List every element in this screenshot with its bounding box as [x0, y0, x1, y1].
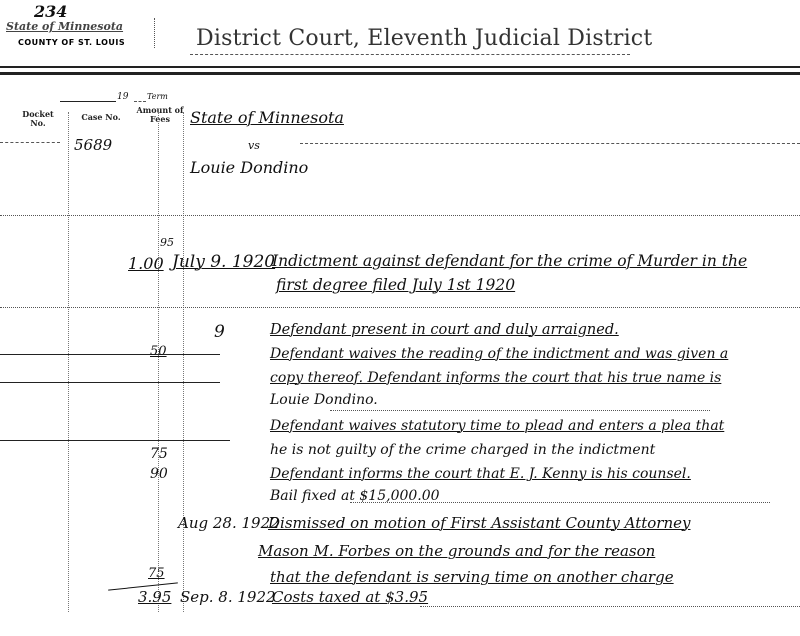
- header-rule-top: [0, 66, 800, 68]
- defendant: Louie Dondino: [190, 158, 308, 177]
- court-title: District Court, Eleventh Judicial Distri…: [196, 26, 652, 51]
- entry-5-line-1: Dismissed on motion of First Assistant C…: [268, 514, 691, 532]
- entry-3-line-1: Defendant waives statutory time to plead…: [270, 418, 724, 434]
- entry-1-line-2: first degree filed July 1st 1920: [276, 276, 515, 294]
- entry-1-date: July 9. 1920: [172, 252, 275, 272]
- rule-6: [0, 382, 220, 383]
- entry-2-line-2: Defendant waives the reading of the indi…: [270, 346, 728, 362]
- entry-5-line-3: that the defendant is serving time on an…: [270, 568, 674, 586]
- entry-1-fee-top: 95: [160, 236, 174, 249]
- entry-6-fee: 3.95: [138, 588, 171, 606]
- entry-2-line-1: Defendant present in court and duly arra…: [270, 322, 619, 338]
- rule-1: [0, 142, 60, 143]
- entry-4-line-1: Defendant informs the court that E. J. K…: [270, 466, 691, 482]
- entry-1-line-1: Indictment against defendant for the cri…: [272, 252, 747, 270]
- county-label: COUNTY OF ST. LOUIS: [18, 38, 125, 47]
- entry-6-date: Sep. 8. 1922: [180, 588, 276, 606]
- entry-5-date: Aug 28. 1922: [178, 514, 280, 532]
- rule-8: [330, 410, 710, 411]
- versus: vs: [248, 139, 260, 152]
- docket-no-label: Docket No.: [20, 110, 56, 128]
- case-number: 5689: [74, 136, 112, 154]
- entry-3-line-2: he is not guilty of the crime charged in…: [270, 442, 655, 458]
- column-divider-3: [183, 112, 184, 612]
- case-no-label: Case No.: [76, 113, 126, 122]
- entry-4-fee: 90: [150, 466, 168, 482]
- rule-5: [0, 354, 220, 355]
- page-number: 234: [34, 2, 67, 21]
- term-label: Term: [147, 92, 168, 101]
- amount-of-fees-label: Amount of Fees: [136, 106, 184, 124]
- column-divider-1: [68, 112, 69, 612]
- entry-3-fee: 75: [150, 446, 168, 462]
- entry-1-fee: 1.00: [128, 254, 164, 273]
- entry-5-line-2: Mason M. Forbes on the grounds and for t…: [258, 542, 655, 560]
- entry-4-line-2: Bail fixed at $15,000.00: [270, 488, 440, 504]
- rule-4: [0, 307, 800, 308]
- plaintiff: State of Minnesota: [190, 108, 344, 127]
- rule-3: [0, 215, 800, 216]
- header-rule-bottom: [0, 72, 800, 75]
- term-year: 19: [117, 92, 128, 102]
- entry-2-line-4: Louie Dondino.: [270, 392, 378, 408]
- rule-7: [0, 440, 230, 441]
- entry-6-line-1: Costs taxed at $3.95: [272, 588, 428, 606]
- term-blank: [134, 101, 146, 102]
- column-divider-2: [158, 112, 159, 612]
- header-bracket: [150, 18, 155, 48]
- rule-10: [420, 606, 800, 607]
- term-line: [60, 101, 116, 102]
- entry-6-fee-top: 75: [148, 566, 165, 581]
- entry-2-fee: 50: [150, 344, 167, 359]
- entry-2-line-3: copy thereof. Defendant informs the cour…: [270, 370, 721, 386]
- header-underline: [190, 54, 630, 55]
- state-name: State of Minnesota: [6, 20, 123, 33]
- rule-2: [300, 143, 800, 144]
- entry-2-date: 9: [214, 322, 225, 342]
